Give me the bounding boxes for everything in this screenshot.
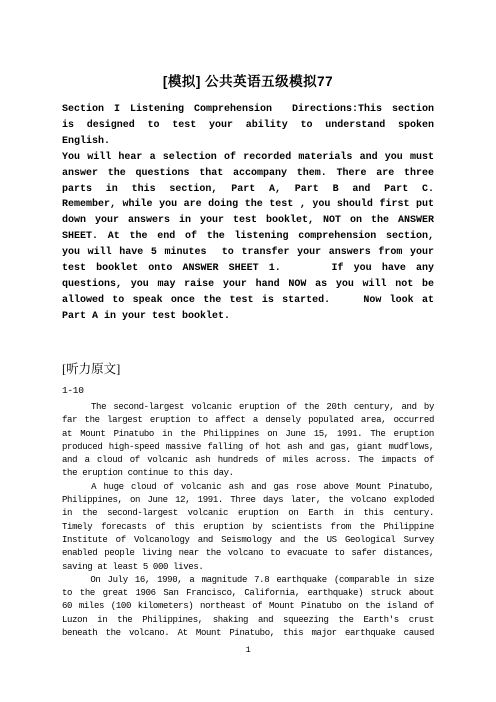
text-line: The second-largest volcanic eruption of … — [62, 401, 434, 414]
text-line: at Mount Pinatubo in the Philippines on … — [62, 428, 434, 441]
text-line: enabled people living near the volcano t… — [62, 547, 434, 560]
text-line: Philippines, on June 12, 1991. Three day… — [62, 494, 434, 507]
text-line: far the largest eruption to affect a den… — [62, 414, 434, 427]
text-line: 60 miles (100 kilometers) northeast of M… — [62, 600, 434, 613]
text-line: to the great 1906 San Francisco, Califor… — [62, 587, 434, 600]
transcript-body: The second-largest volcanic eruption of … — [62, 401, 434, 640]
text-line: saving at least 5 000 lives. — [62, 561, 434, 574]
document-page: [模拟] 公共英语五级模拟77 Section I Listening Comp… — [0, 0, 496, 702]
text-line: questions, you may raise your hand NOW a… — [62, 277, 434, 293]
transcript-paragraph: The second-largest volcanic eruption of … — [62, 401, 434, 481]
text-line: and a cloud of volcanic ash hundreds of … — [62, 454, 434, 467]
text-line: Part A in your test booklet. — [62, 309, 434, 325]
text-line: A huge cloud of volcanic ash and gas ros… — [62, 481, 434, 494]
text-line: Remember, while you are doing the test ,… — [62, 197, 434, 213]
text-line: On July 16, 1990, a magnitude 7.8 earthq… — [62, 574, 434, 587]
transcript-paragraph: A huge cloud of volcanic ash and gas ros… — [62, 481, 434, 574]
question-range-label: 1-10 — [62, 385, 84, 396]
text-line: Section I Listening Comprehension Direct… — [62, 102, 434, 118]
text-line: Luzon in the Philippines, shaking and sq… — [62, 614, 434, 627]
text-line: the eruption continue to this day. — [62, 467, 434, 480]
text-line: down your answers in your test booklet, … — [62, 213, 434, 229]
text-line: produced high-speed massive falling of h… — [62, 441, 434, 454]
text-line: answer the questions that accompany them… — [62, 166, 434, 182]
directions-paragraph: Section I Listening Comprehension Direct… — [62, 102, 434, 325]
text-line: SHEET. At the end of the listening compr… — [62, 229, 434, 245]
text-line: beneath the volcano. At Mount Pinatubo, … — [62, 627, 434, 640]
text-line: allowed to speak once the test is starte… — [62, 293, 434, 309]
text-line: parts in this section, Part A, Part B an… — [62, 182, 434, 198]
transcript-paragraph: On July 16, 1990, a magnitude 7.8 earthq… — [62, 574, 434, 640]
text-line: Timely forecasts of this eruption by sci… — [62, 521, 434, 534]
text-line: You will hear a selection of recorded ma… — [62, 150, 434, 166]
text-line: in the second-largest volcanic eruption … — [62, 507, 434, 520]
page-title: [模拟] 公共英语五级模拟77 — [0, 70, 496, 90]
text-line: Institute of Volcanology and Seismology … — [62, 534, 434, 547]
text-line: is designed to test your ability to unde… — [62, 118, 434, 150]
transcript-heading: [听力原文] — [62, 359, 120, 377]
text-line: test booklet onto ANSWER SHEET 1. If you… — [62, 261, 434, 277]
text-line: you will have 5 minutes to transfer your… — [62, 245, 434, 261]
page-number: 1 — [0, 645, 496, 655]
